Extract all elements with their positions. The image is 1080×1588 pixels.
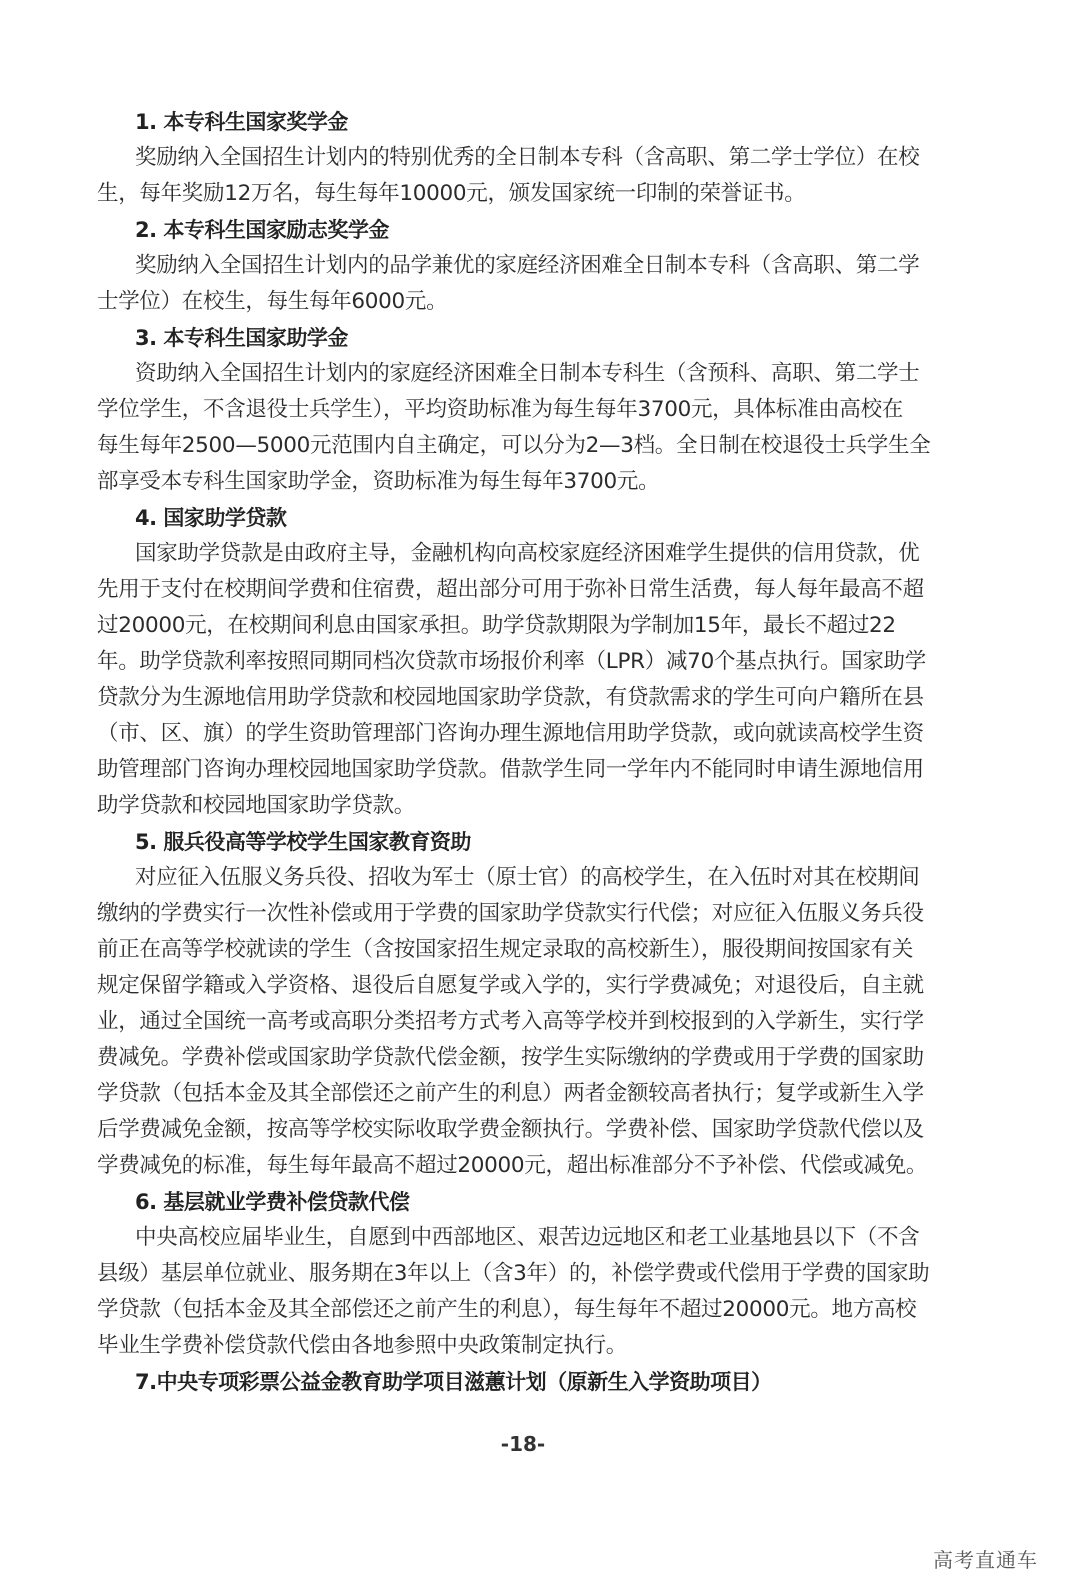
section-heading: 4. 国家助学贷款 xyxy=(97,500,967,536)
section-heading: 7.中央专项彩票公益金教育助学项目滋蕙计划（原新生入学资助项目） xyxy=(97,1364,967,1400)
paragraph-line: 规定保留学籍或入学资格、退役后自愿复学或入学的，实行学费减免；对退役后，自主就 xyxy=(97,968,967,1004)
paragraph-line: 奖励纳入全国招生计划内的品学兼优的家庭经济困难全日制本专科（含高职、第二学 xyxy=(97,248,967,284)
section-3: 3. 本专科生国家助学金 资助纳入全国招生计划内的家庭经济困难全日制本专科生（含… xyxy=(97,320,967,500)
paragraph-line: 对应征入伍服义务兵役、招收为军士（原士官）的高校学生，在入伍时对其在校期间 xyxy=(97,860,967,896)
section-heading: 5. 服兵役高等学校学生国家教育资助 xyxy=(97,824,967,860)
section-1: 1. 本专科生国家奖学金 奖励纳入全国招生计划内的特别优秀的全日制本专科（含高职… xyxy=(97,104,967,212)
paragraph-line: 助管理部门咨询办理校园地国家助学贷款。借款学生同一学年内不能同时申请生源地信用 xyxy=(97,752,967,788)
section-5: 5. 服兵役高等学校学生国家教育资助 对应征入伍服义务兵役、招收为军士（原士官）… xyxy=(97,824,967,1184)
paragraph-line: 部享受本专科生国家助学金，资助标准为每生每年3700元。 xyxy=(97,464,967,500)
paragraph-line: 每生每年2500—5000元范围内自主确定，可以分为2—3档。全日制在校退役士兵… xyxy=(97,428,967,464)
paragraph-line: 国家助学贷款是由政府主导，金融机构向高校家庭经济困难学生提供的信用贷款，优 xyxy=(97,536,967,572)
section-heading: 6. 基层就业学费补偿贷款代偿 xyxy=(97,1184,967,1220)
paragraph-line: 毕业生学费补偿贷款代偿由各地参照中央政策制定执行。 xyxy=(97,1328,967,1364)
paragraph-line: 奖励纳入全国招生计划内的特别优秀的全日制本专科（含高职、第二学士学位）在校 xyxy=(97,140,967,176)
section-heading: 1. 本专科生国家奖学金 xyxy=(97,104,967,140)
paragraph-line: 助学贷款和校园地国家助学贷款。 xyxy=(97,788,967,824)
paragraph-line: 前正在高等学校就读的学生（含按国家招生规定录取的高校新生），服役期间按国家有关 xyxy=(97,932,967,968)
paragraph-line: 后学费减免金额，按高等学校实际收取学费金额执行。学费补偿、国家助学贷款代偿以及 xyxy=(97,1112,967,1148)
paragraph-line: 士学位）在校生，每生每年6000元。 xyxy=(97,284,967,320)
paragraph-line: 学费减免的标准，每生每年最高不超过20000元，超出标准部分不予补偿、代偿或减免… xyxy=(97,1148,967,1184)
paragraph-line: 学贷款（包括本金及其全部偿还之前产生的利息）两者金额较高者执行；复学或新生入学 xyxy=(97,1076,967,1112)
document-page: 1. 本专科生国家奖学金 奖励纳入全国招生计划内的特别优秀的全日制本专科（含高职… xyxy=(97,104,967,1400)
section-2: 2. 本专科生国家励志奖学金 奖励纳入全国招生计划内的品学兼优的家庭经济困难全日… xyxy=(97,212,967,320)
watermark: 高考直通车 xyxy=(933,1544,1038,1573)
section-6: 6. 基层就业学费补偿贷款代偿 中央高校应届毕业生，自愿到中西部地区、艰苦边远地… xyxy=(97,1184,967,1364)
page-number: -18- xyxy=(0,1432,1080,1456)
page-number-text: -18- xyxy=(501,1432,545,1456)
section-heading: 3. 本专科生国家助学金 xyxy=(97,320,967,356)
paragraph-line: 业，通过全国统一高考或高职分类招考方式考入高等学校并到校报到的入学新生，实行学 xyxy=(97,1004,967,1040)
paragraph-line: 先用于支付在校期间学费和住宿费，超出部分可用于弥补日常生活费，每人每年最高不超 xyxy=(97,572,967,608)
paragraph-line: 贷款分为生源地信用助学贷款和校园地国家助学贷款，有贷款需求的学生可向户籍所在县 xyxy=(97,680,967,716)
paragraph-line: 资助纳入全国招生计划内的家庭经济困难全日制本专科生（含预科、高职、第二学士 xyxy=(97,356,967,392)
paragraph-line: 过20000元，在校期间利息由国家承担。助学贷款期限为学制加15年，最长不超过2… xyxy=(97,608,967,644)
paragraph-line: 费减免。学费补偿或国家助学贷款代偿金额，按学生实际缴纳的学费或用于学费的国家助 xyxy=(97,1040,967,1076)
paragraph-line: 学贷款（包括本金及其全部偿还之前产生的利息），每生每年不超过20000元。地方高… xyxy=(97,1292,967,1328)
paragraph-line: 生，每年奖励12万名，每生每年10000元，颁发国家统一印制的荣誉证书。 xyxy=(97,176,967,212)
paragraph-line: 中央高校应届毕业生，自愿到中西部地区、艰苦边远地区和老工业基地县以下（不含 xyxy=(97,1220,967,1256)
paragraph-line: 县级）基层单位就业、服务期在3年以上（含3年）的，补偿学费或代偿用于学费的国家助 xyxy=(97,1256,967,1292)
section-4: 4. 国家助学贷款 国家助学贷款是由政府主导，金融机构向高校家庭经济困难学生提供… xyxy=(97,500,967,824)
paragraph-line: 年。助学贷款利率按照同期同档次贷款市场报价利率（LPR）减70个基点执行。国家助… xyxy=(97,644,967,680)
section-heading: 2. 本专科生国家励志奖学金 xyxy=(97,212,967,248)
paragraph-line: 学位学生，不含退役士兵学生），平均资助标准为每生每年3700元，具体标准由高校在 xyxy=(97,392,967,428)
section-7: 7.中央专项彩票公益金教育助学项目滋蕙计划（原新生入学资助项目） xyxy=(97,1364,967,1400)
paragraph-line: （市、区、旗）的学生资助管理部门咨询办理生源地信用助学贷款，或向就读高校学生资 xyxy=(97,716,967,752)
paragraph-line: 缴纳的学费实行一次性补偿或用于学费的国家助学贷款实行代偿；对应征入伍服义务兵役 xyxy=(97,896,967,932)
